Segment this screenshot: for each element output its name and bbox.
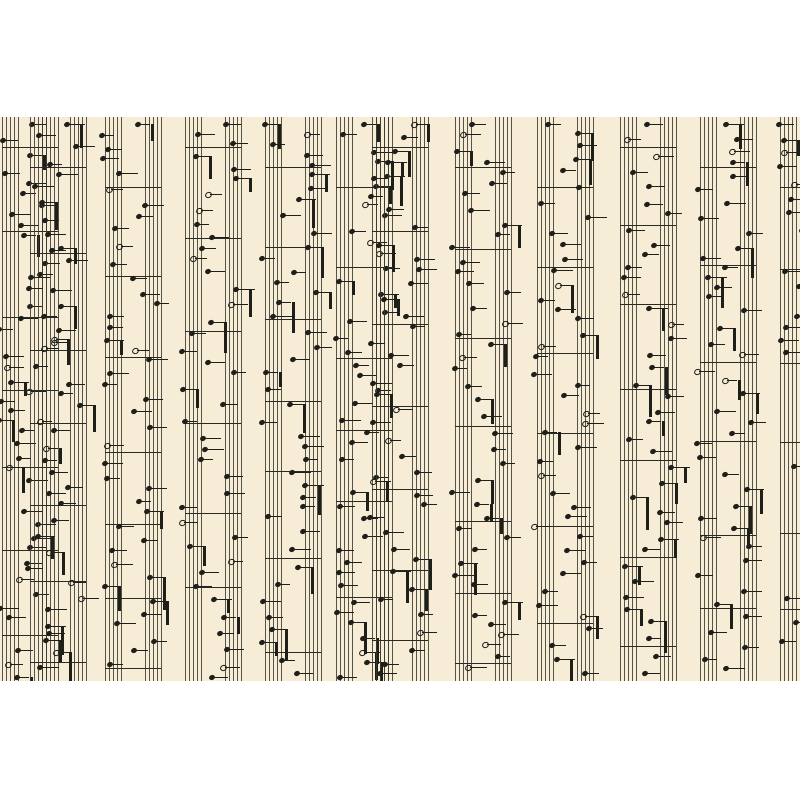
note-head <box>219 664 228 672</box>
note-head <box>728 148 737 156</box>
note-head <box>366 239 375 247</box>
note-head <box>481 641 490 649</box>
note-head <box>204 191 213 199</box>
sheet-music-paper <box>0 117 800 681</box>
note-head <box>721 377 730 385</box>
note-head <box>554 282 563 290</box>
note-head <box>131 347 140 355</box>
note-head <box>361 201 370 209</box>
note-head <box>15 576 24 584</box>
note-head <box>392 406 401 414</box>
